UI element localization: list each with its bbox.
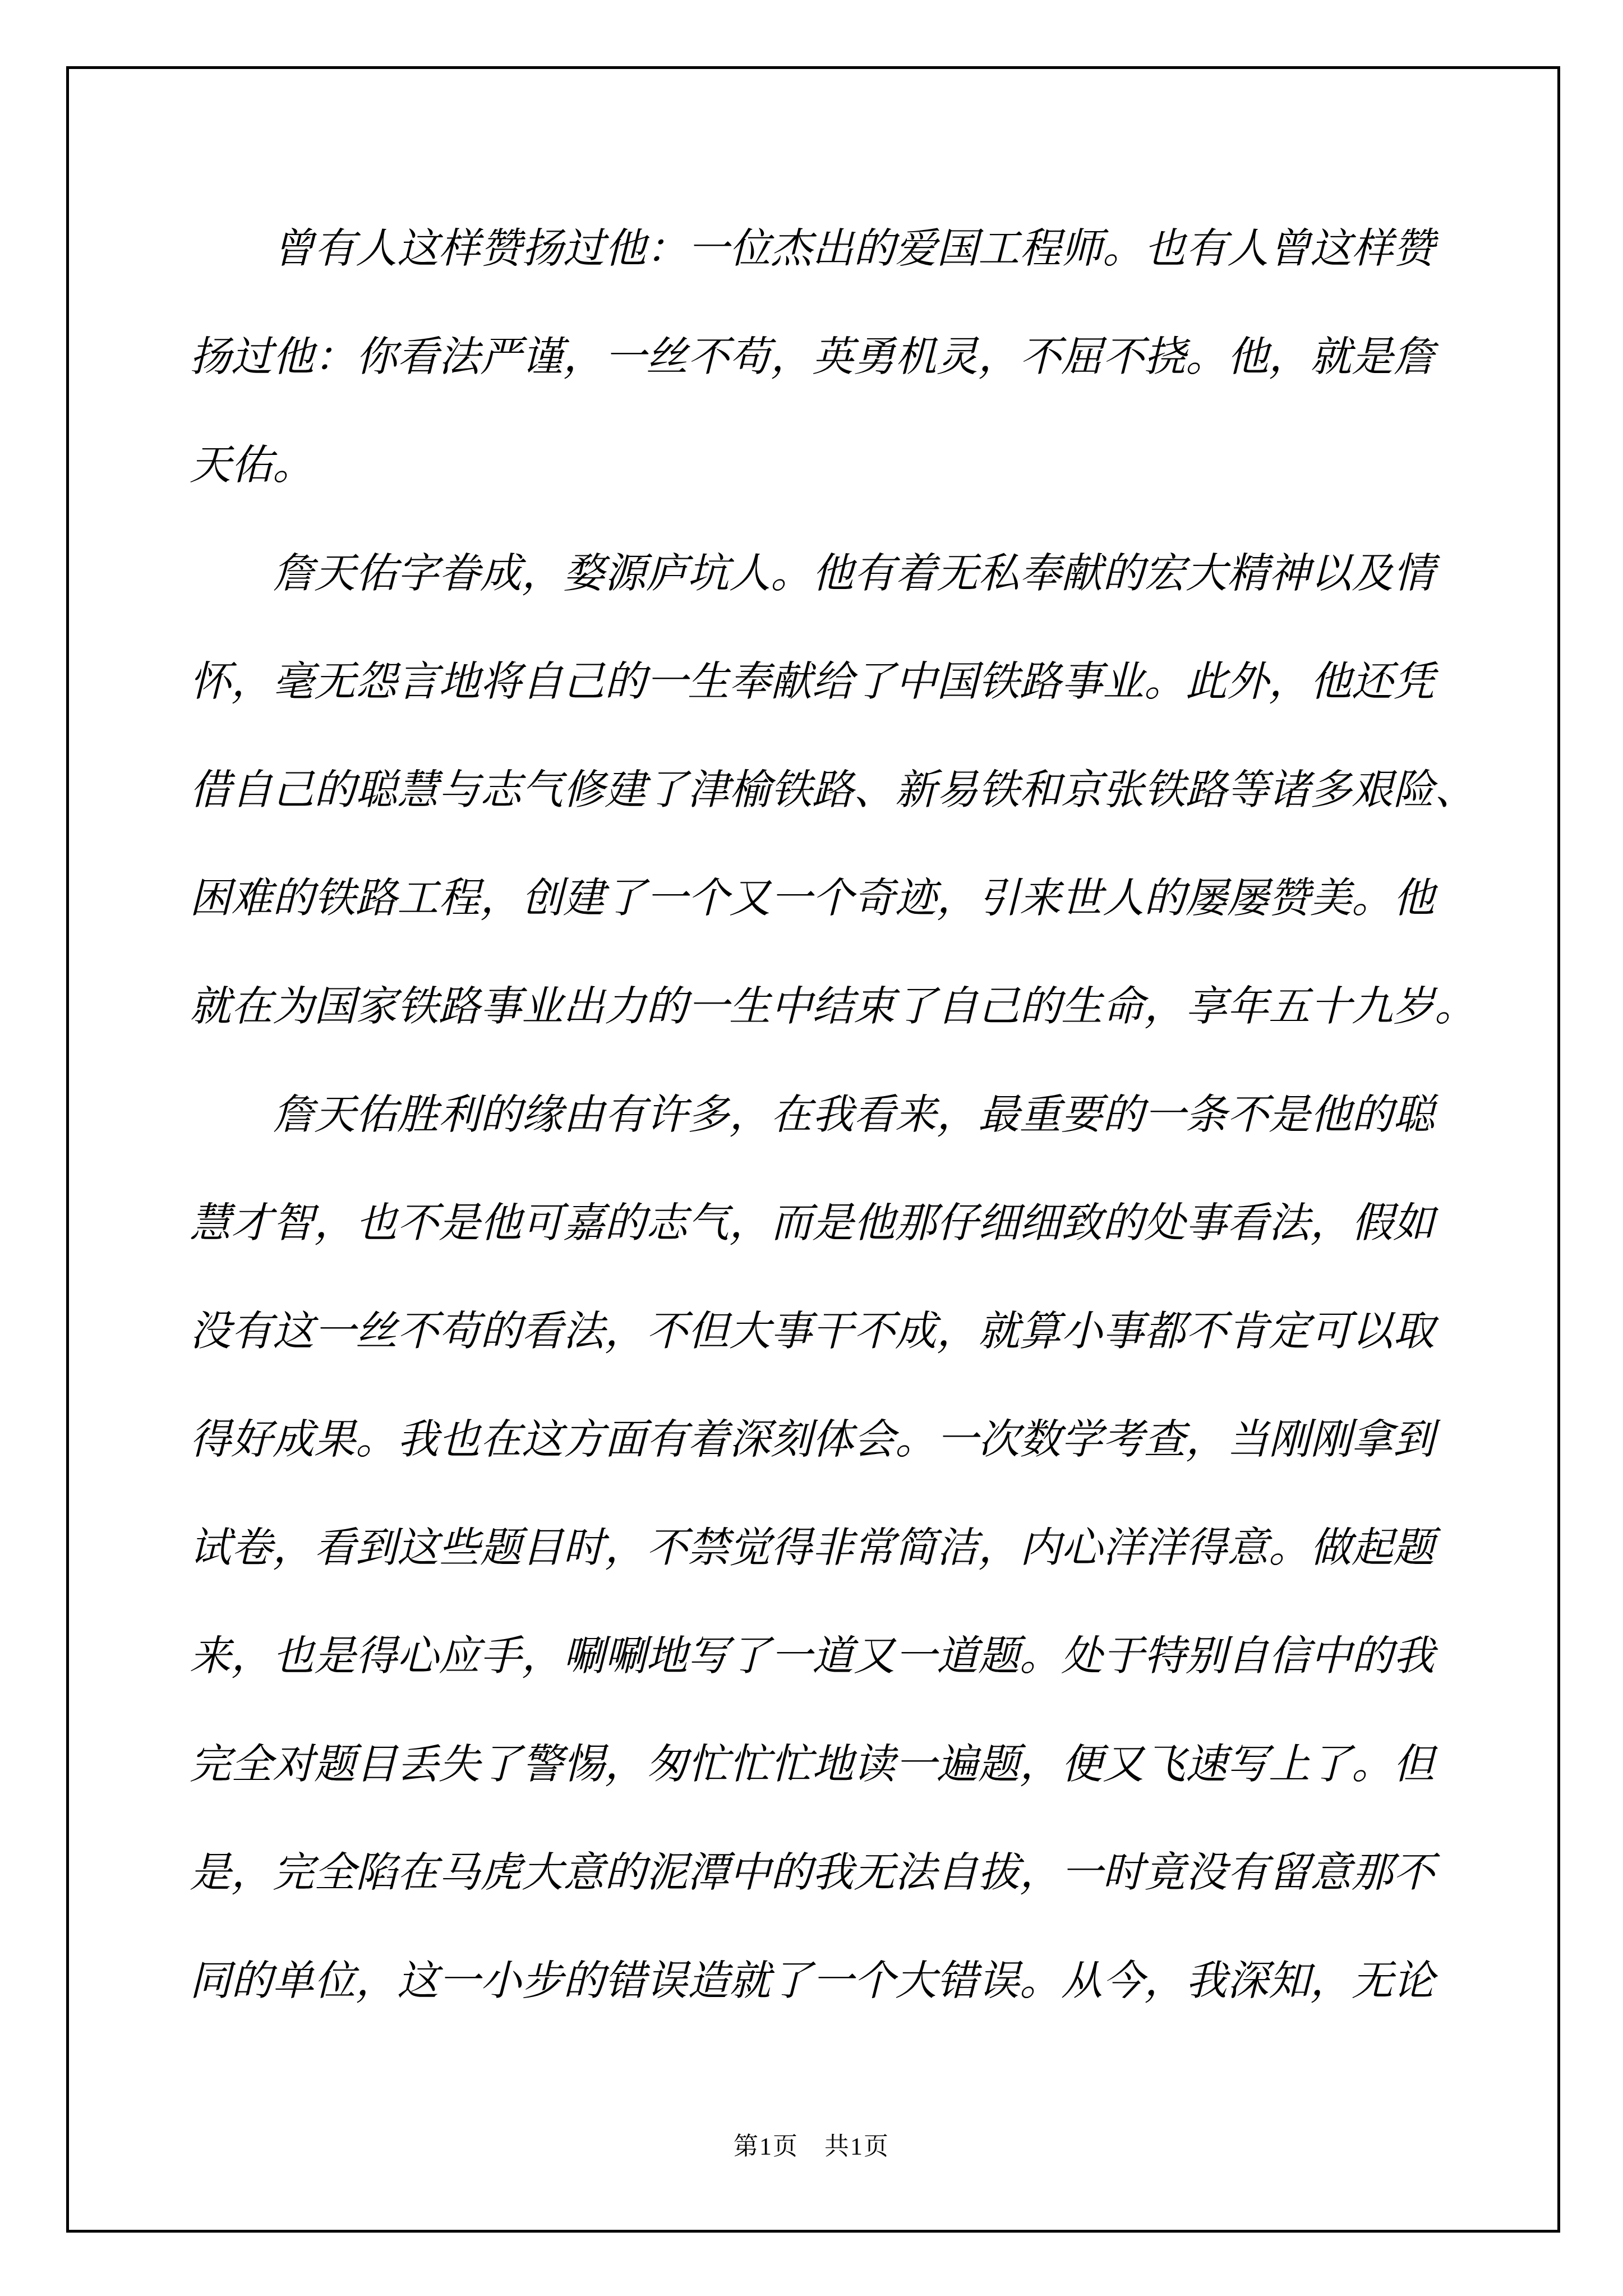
text-line: 是，完全陷在马虎大意的泥潭中的我无法自拔，一时竟没有留意那不	[190, 1819, 1446, 1927]
paragraph-biography: 詹天佑字眷成，婺源庐坑人。他有着无私奉献的宏大精神以及情 怀，毫无怨言地将自己的…	[190, 520, 1446, 1061]
text-line: 詹天佑胜利的缘由有许多，在我看来，最重要的一条不是他的聪	[190, 1061, 1446, 1170]
text-line: 借自己的聪慧与志气修建了津榆铁路、新易铁和京张铁路等诸多艰险、	[190, 737, 1446, 845]
text-line: 就在为国家铁路事业出力的一生中结束了自己的生命，享年五十九岁。	[190, 953, 1446, 1061]
paragraph-intro: 曾有人这样赞扬过他：一位杰出的爱国工程师。也有人曾这样赞 扬过他：你看法严谨，一…	[190, 195, 1446, 520]
page-number: 第1页 共1页	[0, 2126, 1623, 2162]
text-line: 同的单位，这一小步的错误造就了一个大错误。从今，我深知，无论	[190, 1927, 1446, 2036]
text-line: 没有这一丝不苟的看法，不但大事干不成，就算小事都不肯定可以取	[190, 1278, 1446, 1386]
text-line: 得好成果。我也在这方面有着深刻体会。一次数学考查，当刚刚拿到	[190, 1386, 1446, 1494]
text-line: 来，也是得心应手，唰唰地写了一道又一道题。处于特别自信中的我	[190, 1603, 1446, 1711]
text-line: 困难的铁路工程，创建了一个又一个奇迹，引来世人的屡屡赞美。他	[190, 845, 1446, 953]
text-line: 扬过他：你看法严谨，一丝不苟，英勇机灵，不屈不挠。他，就是詹	[190, 303, 1446, 412]
text-line: 慧才智，也不是他可嘉的志气，而是他那仔细细致的处事看法，假如	[190, 1170, 1446, 1278]
document-page: { "page": { "background": "#ffffff", "bo…	[0, 0, 1623, 2296]
text-line: 怀，毫无怨言地将自己的一生奉献给了中国铁路事业。此外，他还凭	[190, 628, 1446, 737]
text-line: 天佑。	[190, 412, 1446, 520]
text-line: 詹天佑字眷成，婺源庐坑人。他有着无私奉献的宏大精神以及情	[190, 520, 1446, 628]
text-line: 曾有人这样赞扬过他：一位杰出的爱国工程师。也有人曾这样赞	[190, 195, 1446, 303]
text-line: 完全对题目丢失了警惕，匆忙忙忙地读一遍题，便又飞速写上了。但	[190, 1711, 1446, 1819]
document-body: 曾有人这样赞扬过他：一位杰出的爱国工程师。也有人曾这样赞 扬过他：你看法严谨，一…	[190, 195, 1446, 2036]
paragraph-reflection: 詹天佑胜利的缘由有许多，在我看来，最重要的一条不是他的聪 慧才智，也不是他可嘉的…	[190, 1061, 1446, 2036]
text-line: 试卷，看到这些题目时，不禁觉得非常简洁，内心洋洋得意。做起题	[190, 1494, 1446, 1603]
